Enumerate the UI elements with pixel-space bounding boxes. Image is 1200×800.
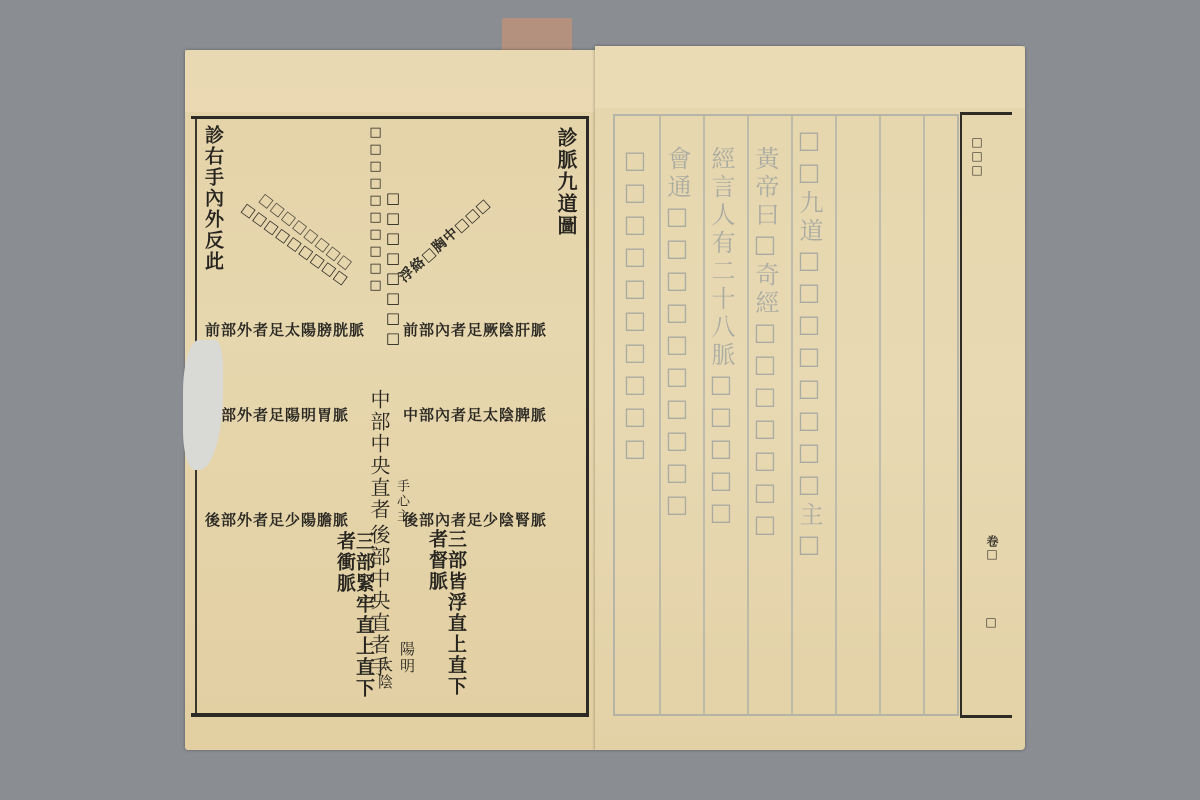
row-middle-inner: 中部內者足太陰脾脈	[403, 404, 547, 425]
column-rule	[747, 116, 749, 714]
faded-column-5: □□□□□□□□□□	[623, 146, 647, 466]
top-margin	[595, 46, 1025, 108]
right-page-frame: □□九道□□□□□□□□主□ 黃帝曰□奇經□□□□□□□ 經言人有二十八脈□□□…	[613, 114, 959, 716]
left-page-frame: 診脈九道圖 診右手內外反此 □□□□□□□□□□ □□□□□□□□ 浮絡□胸中□…	[191, 116, 589, 717]
diagram-title: 診脈九道圖	[556, 127, 576, 237]
right-page: □□九道□□□□□□□□主□ 黃帝曰□奇經□□□□□□□ 經言人有二十八脈□□□…	[595, 46, 1025, 750]
top-margin	[185, 50, 595, 112]
column-rule	[923, 116, 925, 714]
fold-mark: □	[984, 615, 998, 629]
column-rule	[703, 116, 705, 714]
row-front-outer: 前部外者足太陽膀胱脈	[205, 319, 365, 340]
bottom-column-right: 三部皆浮直上直下者督脈	[427, 529, 465, 713]
center-lower-note-1: 太陰	[377, 657, 392, 691]
open-book: 診脈九道圖 診右手內外反此 □□□□□□□□□□ □□□□□□□□ 浮絡□胸中□…	[185, 50, 1025, 750]
column-rule	[791, 116, 793, 714]
center-middle-text: 中部中央直者	[369, 389, 389, 521]
column-rule	[879, 116, 881, 714]
side-caption: 診右手內外反此	[203, 125, 222, 272]
center-top-label: □□□□□□□□□□	[369, 125, 382, 295]
row-middle-outer: 中部外者足陽明胃脈	[205, 404, 349, 425]
faded-column-3: 經言人有二十八脈□□□□□	[709, 146, 733, 530]
fold-mark: □□□	[970, 135, 984, 177]
row-back-inner: 後部內者足少陰腎脈	[403, 509, 547, 530]
fold-mark: 卷□	[984, 535, 1001, 561]
row-front-inner: 前部內者足厥陰肝脈	[403, 319, 547, 340]
faded-column-1: □□九道□□□□□□□□主□	[797, 126, 821, 562]
row-back-outer: 後部外者足少陽膽脈	[205, 509, 349, 530]
left-page: 診脈九道圖 診右手內外反此 □□□□□□□□□□ □□□□□□□□ 浮絡□胸中□…	[185, 50, 595, 750]
center-middle-note: 手心主	[395, 479, 408, 524]
column-rule	[835, 116, 837, 714]
fold-margin: □□□ 卷□ □	[960, 112, 1012, 718]
faded-column-4: 會通□□□□□□□□□□	[665, 146, 689, 522]
bottom-column-left: 三部緊牢直上直下者衝脈	[335, 531, 373, 713]
center-lower-note-2: 陽明	[399, 641, 414, 675]
column-rule	[659, 116, 661, 714]
diagonal-label-upper-right: 浮絡□胸中□□□	[394, 193, 494, 286]
faded-column-2: 黃帝曰□奇經□□□□□□□	[753, 146, 777, 542]
